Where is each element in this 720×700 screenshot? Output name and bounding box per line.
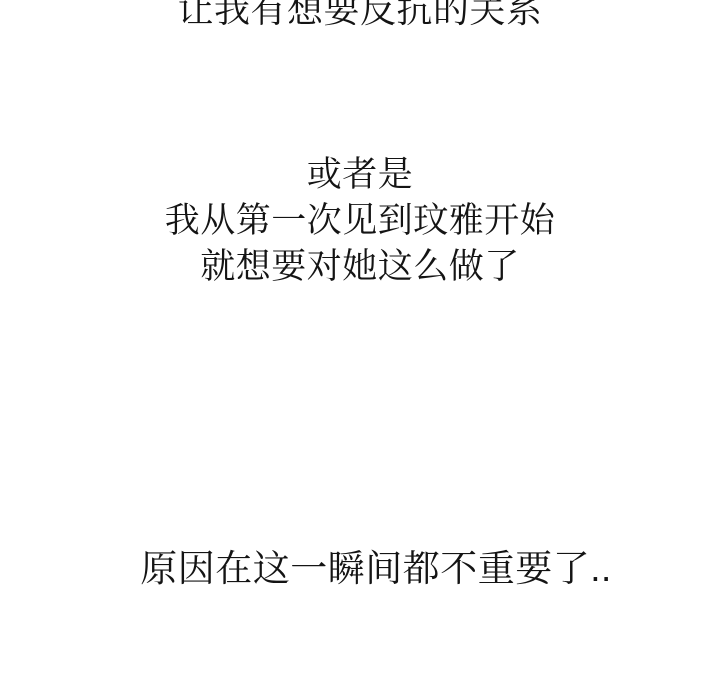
narration-line-top: 让我有想要反抗的关系 — [0, 0, 720, 29]
narration-middle-line-1: 或者是 — [0, 152, 720, 198]
narration-block-middle: 或者是 我从第一次见到玟雅开始 就想要对她这么做了 — [0, 152, 720, 290]
narration-line-bottom: 原因在这一瞬间都不重要了.. — [16, 549, 720, 589]
narration-middle-line-2: 我从第一次见到玟雅开始 — [0, 198, 720, 244]
narration-middle-line-3: 就想要对她这么做了 — [0, 244, 720, 290]
comic-page: 让我有想要反抗的关系 或者是 我从第一次见到玟雅开始 就想要对她这么做了 原因在… — [0, 0, 720, 700]
